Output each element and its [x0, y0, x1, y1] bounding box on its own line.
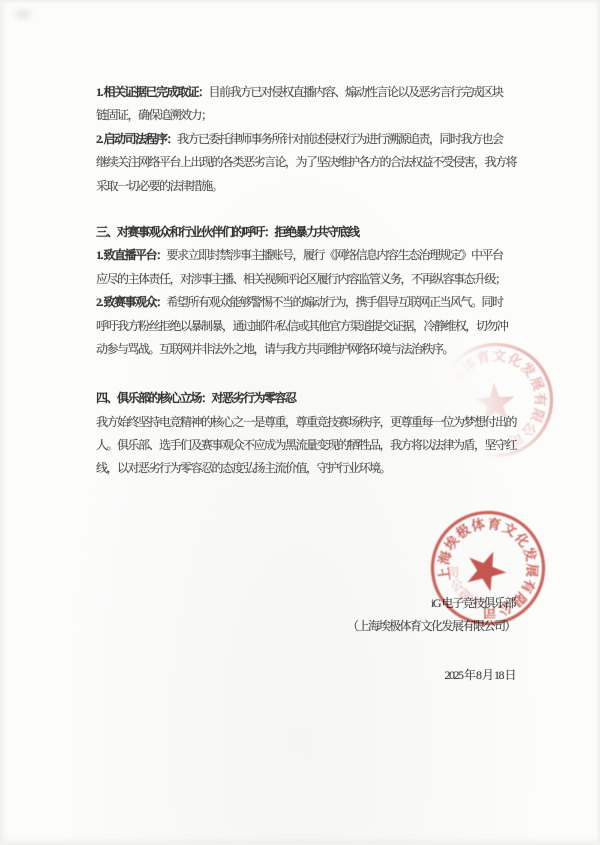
statement-body: 1. 相关证据已完成取证：目前我方已对侵权直播内容、煽动性言论以及恶劣言行完成区…	[96, 81, 515, 481]
paper-smudge	[10, 6, 36, 22]
seal-ghost-marks: 有限公司	[436, 560, 494, 615]
paragraph-block: 1. 致直播平台：要求立即封禁涉事主播账号，履行《网络信息内容生态治理规定》中平…	[96, 244, 515, 361]
signature-block: iG 电子竞技俱乐部 （上海埃极体育文化发展有限公司） 2025 年 8 月 1…	[96, 592, 515, 687]
text-line: 1. 致直播平台：要求立即封禁涉事主播账号，履行《网络信息内容生态治理规定》中平…	[96, 244, 515, 267]
svg-text:公: 公	[518, 419, 539, 439]
svg-text:公: 公	[496, 599, 515, 618]
signature-club: iG 电子竞技俱乐部	[96, 592, 515, 615]
svg-text:发: 发	[517, 358, 539, 380]
svg-text:体: 体	[470, 515, 487, 534]
svg-text:化: 化	[511, 529, 533, 551]
svg-text:育: 育	[486, 515, 502, 533]
svg-text:埃: 埃	[440, 532, 462, 553]
svg-text:司: 司	[483, 604, 497, 620]
section-heading-block: 四、俱乐部的核心立场：对恶劣行为零容忍	[96, 387, 515, 410]
text-line: 呼吁我方粉丝拒绝以暴制暴，通过邮件/私信或其他官方渠道提交证据，冷静维权，切勿冲	[96, 315, 515, 338]
text-line: 采取一切必要的法律措施。	[96, 175, 515, 198]
text-line: 2. 致赛事观众：希望所有观众能够警惕不当的煽动行为，携手倡导互联网正当风气。同…	[96, 291, 515, 314]
svg-text:展: 展	[524, 563, 540, 578]
text-line: 应尽的主体责任，对涉事主播、相关视频评论区履行内容监管义务，不再纵容事态升级；	[96, 268, 515, 291]
seal-ring-text: 上海埃极体育文化发展有限公司	[419, 493, 562, 635]
svg-text:极: 极	[452, 521, 473, 543]
seal-rim	[410, 490, 566, 646]
svg-text:文: 文	[500, 519, 520, 540]
svg-text:上: 上	[436, 566, 453, 582]
svg-text:限: 限	[528, 406, 547, 424]
svg-text:海: 海	[435, 549, 454, 566]
text-line: 线，以对恶劣行为零容忍的态度弘扬主流价值，守护行业环境。	[96, 457, 515, 480]
text-line: 动参与骂战。互联网并非法外之地，请与我方共同维护网络环境与法治秩序。	[96, 338, 515, 361]
company-seal: 上海埃极体育文化发展有限公司有限公司	[403, 483, 573, 653]
svg-text:司: 司	[447, 566, 459, 580]
text-line: 链固证，确保追溯效力；	[96, 104, 515, 127]
text-line: 2. 启动司法程序：我方已委托律师事务所针对前述侵权行为进行溯源追责，同时我方也…	[96, 128, 515, 151]
svg-text:限: 限	[508, 589, 528, 610]
text-line: 人。俱乐部、选手们及赛事观众不应成为黑流量变现的牺牲品，我方将以法律为盾，坚守红	[96, 434, 515, 457]
svg-text:展: 展	[527, 375, 546, 394]
seal-star-icon	[457, 542, 512, 597]
paragraph-block: 我方始终坚持电竞精神的核心之一是尊重，尊重竞技赛场秩序，更尊重每一位为梦想付出的…	[96, 411, 515, 481]
svg-text:发: 发	[520, 544, 540, 563]
signature-date: 2025 年 8 月 18 日	[96, 664, 515, 687]
svg-text:限: 限	[457, 586, 475, 604]
svg-text:公: 公	[449, 577, 465, 594]
company-seal-svg: 上海埃极体育文化发展有限公司有限公司	[368, 448, 600, 688]
statement-page: 1. 相关证据已完成取证：目前我方已对侵权直播内容、煽动性言论以及恶劣言行完成区…	[2, 2, 598, 843]
svg-text:有: 有	[532, 393, 548, 407]
section-heading-block: 三、对赛事观众和行业伙伴们的呼吁：拒绝暴力共守底线	[96, 221, 515, 244]
paragraph-block: 1. 相关证据已完成取证：目前我方已对侵权直播内容、煽动性言论以及恶劣言行完成区…	[96, 81, 515, 198]
section-heading: 四、俱乐部的核心立场：对恶劣行为零容忍	[96, 387, 515, 410]
section-heading: 三、对赛事观众和行业伙伴们的呼吁：拒绝暴力共守底线	[96, 221, 515, 244]
text-line: 1. 相关证据已完成取证：目前我方已对侵权直播内容、煽动性言论以及恶劣言行完成区…	[96, 81, 515, 104]
text-line: 我方始终坚持电竞精神的核心之一是尊重，尊重竞技赛场秩序，更尊重每一位为梦想付出的	[96, 411, 515, 434]
signature-company: （上海埃极体育文化发展有限公司）	[96, 615, 515, 638]
svg-text:有: 有	[518, 577, 538, 596]
text-line: 继续关注网络平台上出现的各类恶劣言论，为了坚决维护各方的合法权益不受侵害，我方将	[96, 151, 515, 174]
svg-text:有: 有	[468, 593, 487, 610]
